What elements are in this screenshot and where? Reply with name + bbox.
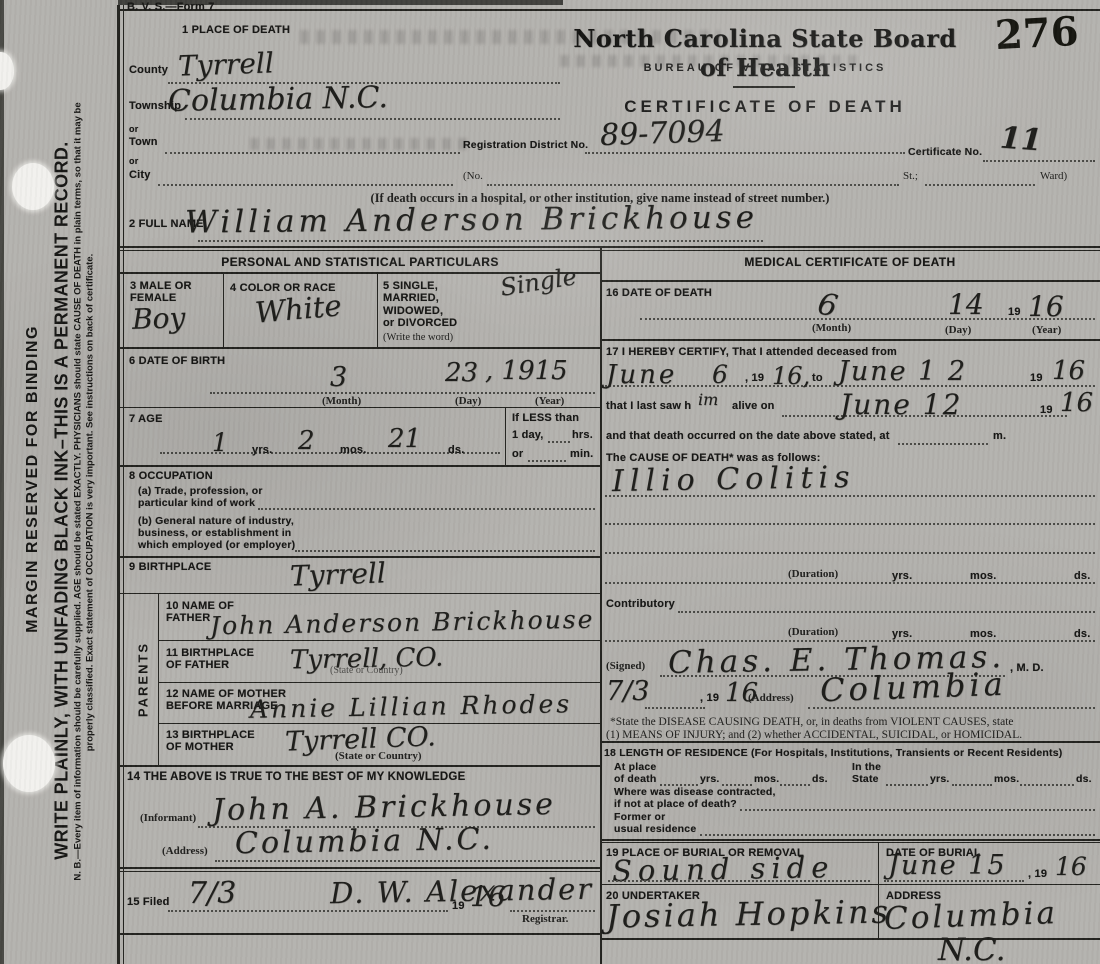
father-label-line2: FATHER	[166, 612, 210, 624]
form-top-border	[118, 9, 1100, 11]
rule	[601, 938, 1100, 940]
registration-district-value: 89-7094	[599, 114, 725, 153]
cell-divider	[377, 274, 378, 347]
town-line	[165, 152, 460, 154]
occurred-line	[898, 443, 988, 445]
at-place-label1: At place	[614, 762, 656, 774]
cause-line2	[605, 523, 1095, 525]
former-label1: Former or	[614, 812, 665, 824]
attended-to-word: to	[812, 372, 823, 384]
duration2-label: (Duration)	[785, 626, 841, 638]
mother-bp-label-line1: 13 BIRTHPLACE	[166, 729, 255, 741]
age-one-day-label: 1 day,	[512, 429, 544, 441]
occupation-b-line1: (b) General nature of industry,	[138, 516, 294, 528]
residence-label: 18 LENGTH OF RESIDENCE (For Hospitals, I…	[604, 748, 1062, 760]
sign-address-value: Columbia	[819, 665, 1007, 709]
city-label: City	[129, 169, 151, 181]
columns-top-border	[118, 246, 1100, 248]
margin-permanent-record-text: WRITE PLAINLY, WITH UNFADING BLACK INK–T…	[52, 51, 73, 951]
certificate-no-label: Certificate No.	[908, 147, 982, 159]
sex-value: Boy	[131, 301, 185, 336]
father-bp-label-line2: OF FATHER	[166, 659, 229, 671]
age-mos-unit: mos.	[340, 444, 366, 456]
attended-from-month: June	[606, 360, 677, 390]
personal-section-title: PERSONAL AND STATISTICAL PARTICULARS	[125, 256, 595, 269]
filed-date-value: 7/3	[188, 876, 236, 911]
attended-to-year-prefix: 19	[1030, 372, 1043, 384]
former-label2: usual residence	[614, 824, 696, 836]
duration1-mos: mos.	[968, 570, 998, 582]
county-value: Tyrrell	[177, 46, 274, 82]
father-bp-label-line1: 11 BIRTHPLACE	[166, 647, 254, 659]
county-label: County	[129, 64, 168, 76]
dob-line	[210, 392, 595, 394]
last-saw-year: 16	[1060, 388, 1093, 418]
attended-from-year: 16,	[772, 362, 810, 390]
certificate-no-value: 11	[999, 121, 1043, 159]
rule	[118, 347, 600, 349]
marital-line2: MARRIED,	[383, 292, 439, 304]
dod-sub-day: (Day)	[945, 324, 971, 336]
rule	[601, 839, 1100, 841]
attest-label: 14 THE ABOVE IS TRUE TO THE BEST OF MY K…	[127, 771, 465, 784]
at-place-label2: of death	[614, 774, 656, 786]
burial-year-prefix: , 19	[1028, 868, 1047, 880]
certificate-no-line	[983, 160, 1095, 162]
duration1-label: (Duration)	[785, 568, 841, 580]
in-the-label1: In the	[852, 762, 881, 774]
informant-address-value: Columbia N.C.	[235, 822, 494, 862]
cause-of-death-value: Illio Colitis	[612, 460, 856, 499]
rule	[118, 593, 600, 594]
rule	[601, 884, 1100, 885]
contracted-label2: if not at place of death?	[614, 799, 737, 811]
contracted-label1: Where was disease contracted,	[614, 787, 776, 799]
last-saw-label1: that I last saw h	[606, 400, 691, 412]
age-min-unit: min.	[570, 448, 593, 460]
dob-day-value: 23	[445, 358, 478, 388]
signed-label: (Signed)	[606, 660, 645, 672]
contracted-line	[740, 809, 1095, 811]
or-label-town: or	[129, 124, 138, 134]
hrs-line	[548, 441, 570, 443]
race-value: White	[254, 288, 343, 329]
parents-label: PARENTS	[136, 620, 151, 740]
duration1-line	[605, 582, 1095, 584]
occupation-label: 8 OCCUPATION	[129, 470, 213, 482]
occupation-a-line	[258, 508, 595, 510]
age-box-divider	[505, 407, 506, 465]
age-days-value: 21	[388, 424, 421, 454]
medical-section-title: MEDICAL CERTIFICATE OF DEATH	[601, 256, 1099, 269]
father-name-value: John Anderson Brickhouse	[210, 605, 595, 641]
column-divider	[600, 248, 602, 964]
last-saw-him-hand: im	[698, 390, 718, 409]
or-label-city: or	[129, 156, 138, 166]
street-line2	[925, 184, 1035, 186]
occupation-b-line	[295, 550, 595, 552]
dob-month-value: 3	[330, 362, 347, 393]
last-saw-label2: alive on	[732, 400, 775, 412]
rule	[601, 280, 1100, 282]
dob-sub-year: (Year)	[535, 395, 564, 407]
place-of-death-section-label: 1 PLACE OF DEATH	[182, 24, 290, 36]
in-the-label2: State	[852, 774, 879, 786]
duration1-yrs: yrs.	[890, 570, 914, 582]
registrar-signature: D. W. Alexander	[330, 872, 594, 911]
city-line	[158, 184, 453, 186]
dob-sub-day: (Day)	[455, 395, 481, 407]
cause-footnote-line1: *State the DISEASE CAUSING DEATH, or, in…	[610, 716, 1014, 728]
rule	[158, 682, 600, 683]
burial-place-line	[608, 880, 870, 882]
duration2-yrs: yrs.	[890, 628, 914, 640]
registration-district-label: Registration District No.	[463, 140, 588, 152]
undertaker-address-value: Columbia	[883, 895, 1058, 937]
birthplace-value: Tyrrell	[289, 556, 386, 592]
occurred-m-label: m.	[993, 430, 1006, 442]
res-mos1: mos.	[754, 774, 779, 786]
cause-line3	[605, 552, 1095, 554]
age-hrs-unit: hrs.	[572, 429, 593, 441]
res-mos2: mos.	[994, 774, 1019, 786]
form-number: B. V. S.—Form 7	[127, 1, 215, 13]
dod-day-value: 14	[948, 288, 984, 321]
full-name-line	[198, 240, 763, 242]
parents-strip-divider	[158, 593, 159, 765]
contributory-label: Contributory	[606, 598, 675, 610]
rule	[118, 933, 600, 935]
min-line	[528, 460, 566, 462]
burial-date-line	[884, 880, 1024, 882]
dob-sub-month: (Month)	[322, 395, 361, 407]
hole-punch-corner	[0, 52, 14, 90]
burial-place-value: Sound side	[612, 850, 835, 888]
former-line	[700, 834, 1095, 836]
ward-label: Ward)	[1040, 170, 1067, 182]
undertaker-value: Josiah Hopkins	[606, 893, 892, 936]
death-occurred-label: and that death occurred on the date abov…	[606, 430, 890, 442]
attended-from-day: 6	[712, 360, 728, 389]
occupation-a-line1: (a) Trade, profession, or	[138, 486, 263, 498]
sign-year-prefix: , 19	[700, 692, 719, 704]
sign-address-label: (Address)	[748, 692, 794, 704]
street-no-label: (No.	[463, 170, 483, 182]
age-or-label: or	[512, 448, 523, 460]
marital-line3: WIDOWED,	[383, 305, 443, 317]
burial-year-value: 16	[1055, 852, 1087, 881]
dob-year-value: , 1915	[485, 356, 568, 386]
cause-line1	[605, 495, 1095, 497]
last-saw-year-prefix: 19	[1040, 404, 1053, 416]
margin-nb-note-line2: properly classified. Exact statement of …	[85, 53, 96, 953]
occupation-b-line2: business, or establishment in	[138, 528, 291, 540]
rule	[601, 339, 1100, 341]
birthplace-label: 9 BIRTHPLACE	[129, 561, 211, 573]
age-months-value: 2	[298, 426, 315, 456]
cause-footnote-line2: (1) MEANS OF INJURY; and (2) whether ACC…	[606, 729, 1022, 741]
burial-date-value: June 15	[888, 850, 1007, 881]
dod-year-prefix: 19	[1008, 306, 1021, 318]
occupation-b-line3: which employed (or employer)	[138, 540, 295, 552]
form-left-border-outer	[117, 5, 120, 964]
marital-note: (Write the word)	[383, 332, 453, 343]
father-birthplace-note: (State or Country)	[330, 665, 403, 676]
certificate-of-death-title: CERTIFICATE OF DEATH	[565, 97, 965, 117]
attended-to-value: June 1 2	[838, 356, 967, 387]
bleed-through-smudge	[250, 138, 470, 150]
columns-top-border2	[118, 250, 1100, 251]
mother-name-value: Annie Lillian Rhodes	[250, 689, 573, 724]
margin-binding-text: MARGIN RESERVED FOR BINDING	[24, 324, 42, 634]
last-saw-value: June 12	[840, 388, 962, 421]
hole-punch-bottom	[3, 735, 55, 792]
age-yrs-unit: yrs.	[252, 444, 272, 456]
form-left-border-inner	[123, 5, 124, 964]
rule	[118, 465, 600, 467]
undertaker-address-value2: N.C.	[938, 932, 1005, 964]
duration1-ds: ds.	[1072, 570, 1093, 582]
registrar-line	[510, 910, 595, 912]
rule	[601, 741, 1100, 743]
age-label: 7 AGE	[129, 413, 163, 425]
registrar-label: Registrar.	[522, 913, 568, 925]
informant-label: (Informant)	[140, 812, 196, 824]
bureau-subtitle: BUREAU OF VITAL STATISTICS	[565, 62, 965, 74]
age-less-than-label: If LESS than	[512, 412, 579, 424]
age-years-value: 1	[212, 428, 228, 457]
filed-label: 15 Filed	[127, 896, 170, 908]
street-label: St.;	[903, 170, 918, 182]
occupation-a-line2: particular kind of work	[138, 498, 255, 510]
binding-margin: MARGIN RESERVED FOR BINDING WRITE PLAINL…	[0, 0, 118, 964]
md-label: , M. D.	[1010, 662, 1044, 674]
dod-sub-year: (Year)	[1032, 324, 1061, 336]
res-ds1: ds.	[812, 774, 828, 786]
contributory-line	[678, 611, 1095, 613]
marital-line4: or DIVORCED	[383, 317, 457, 329]
res-yrs1: yrs.	[700, 774, 719, 786]
town-label: Town	[129, 136, 158, 148]
attended-from-year-prefix: , 19	[745, 372, 764, 384]
hole-punch-top	[12, 163, 54, 210]
rule	[118, 407, 600, 408]
rule	[158, 640, 600, 641]
scan-left-edge	[0, 0, 4, 964]
date-of-death-label: 16 DATE OF DEATH	[606, 287, 712, 299]
death-certificate-scan: MARGIN RESERVED FOR BINDING WRITE PLAINL…	[0, 0, 1100, 964]
res-line4	[886, 784, 928, 786]
marital-label: 5 SINGLE,MARRIED,WIDOWED,or DIVORCED	[383, 280, 457, 329]
marital-line1: 5 SINGLE,	[383, 280, 438, 292]
street-no-line	[487, 184, 899, 186]
attended-to-year: 16	[1052, 356, 1085, 386]
sign-date-value: 7/3	[606, 676, 649, 707]
rule	[601, 842, 1100, 843]
informant-address-label: (Address)	[162, 845, 208, 857]
mother-birthplace-note: (State or Country)	[335, 750, 422, 762]
res-line5	[952, 784, 992, 786]
margin-nb-note-line1: N. B.—Every item of information should b…	[73, 42, 84, 942]
mother-bp-label-line2: OF MOTHER	[166, 741, 234, 753]
sex-label-line1: 3 MALE OR	[130, 280, 192, 292]
dod-sub-month: (Month)	[812, 322, 851, 334]
dod-line	[640, 318, 1095, 320]
rule	[118, 765, 600, 767]
header-rule	[733, 86, 795, 88]
cell-divider	[223, 274, 224, 347]
certificate-stamp-number: 276	[994, 8, 1080, 59]
res-yrs2: yrs.	[930, 774, 949, 786]
township-value: Columbia N.C.	[168, 80, 388, 119]
father-birthplace-label: 11 BIRTHPLACEOF FATHER	[166, 647, 254, 672]
full-name-value: William Anderson Brickhouse	[185, 200, 758, 241]
township-line	[185, 118, 560, 120]
filed-line	[168, 910, 448, 912]
mother-birthplace-label: 13 BIRTHPLACEOF MOTHER	[166, 729, 255, 754]
rule	[118, 867, 600, 869]
dod-year-value: 16	[1028, 290, 1064, 323]
informant-value: John A. Brickhouse	[212, 787, 556, 828]
age-ds-unit: ds.	[448, 444, 465, 456]
res-ds2: ds.	[1076, 774, 1092, 786]
res-line3	[780, 784, 810, 786]
duration2-ds: ds.	[1072, 628, 1093, 640]
res-line6	[1020, 784, 1074, 786]
dob-label: 6 DATE OF BIRTH	[129, 355, 225, 367]
registration-district-line	[585, 152, 905, 154]
sign-date-line	[645, 707, 705, 709]
